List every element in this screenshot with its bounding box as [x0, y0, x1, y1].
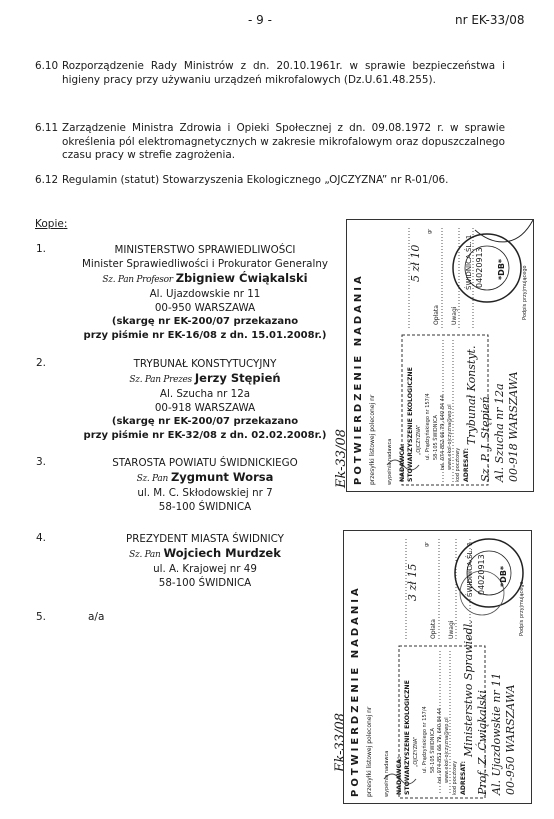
section-text: Regulamin (statut) Stowarzyszenia Ekolog… — [62, 174, 505, 188]
sender-name: STOWARZYSZENIE EKOLOGICZNE — [407, 367, 414, 482]
fee-value: 5 zł 10 — [409, 245, 422, 282]
recipient-street: Al. Szucha nr 12a — [70, 387, 340, 401]
recipient-salutation: Sz. Pan — [137, 474, 168, 484]
copy-recipient-5: a/a — [88, 611, 104, 623]
sender-name2: „OJCZYZNA” — [413, 737, 419, 767]
section-6-12: 6.12 Regulamin (statut) Stowarzyszenia E… — [35, 174, 505, 188]
copy-number: 2. — [36, 357, 46, 369]
postal-receipt-2: POTWIERDZENIE NADANIA przesyłki listowej… — [343, 530, 532, 804]
stamp-code: *DB* — [499, 566, 508, 587]
addressee-handwritten: 00-950 WARSZAWA — [504, 684, 517, 795]
section-number: 6.10 — [35, 60, 58, 74]
recipient-city: 00-950 WARSZAWA — [70, 301, 340, 315]
recipient-city: 58-100 ŚWIDNICA — [70, 576, 340, 590]
receipt-subtitle: przesyłki listowej poleconej nr — [369, 395, 376, 485]
sender-name: STOWARZYSZENIE EKOLOGICZNE — [404, 680, 411, 795]
receipt-filled-by: wypełnia nadawca — [384, 751, 390, 797]
sender-label: NADAWCA: — [396, 757, 403, 795]
receipt-title: POTWIERDZENIE NADANIA — [350, 585, 361, 797]
sender-web: www.ekol-ojczyzna@wp.pl — [447, 404, 453, 470]
fee-label: Opłata — [430, 619, 437, 639]
addressee-handwritten: 00-918 WARSZAWA — [507, 371, 520, 482]
section-text: Zarządzenie Ministra Zdrowia i Opieki Sp… — [62, 122, 505, 163]
section-6-10: 6.10 Rozporządzenie Rady Ministrów z dn.… — [35, 60, 505, 87]
sender-phone: tel. 074-852 66 79, 640 84 44 — [440, 395, 446, 470]
recipient-street: ul. A. Krajowej nr 49 — [70, 562, 340, 576]
stamp-city: ŚWIDNICA ŚL. 1 — [465, 235, 473, 290]
receipt-title: POTWIERDZENIE NADANIA — [353, 273, 364, 485]
postal-receipt-1: POTWIERDZENIE NADANIA przesyłki listowej… — [346, 219, 534, 492]
recipient-institution: STAROSTA POWIATU ŚWIDNICKIEGO — [70, 456, 340, 470]
sender-label: NADAWCA: — [399, 444, 406, 482]
remarks-label: Uwagi — [451, 307, 458, 325]
addressee-handwritten: Al. Szucha nr 12a — [493, 383, 506, 482]
recipient-note: przy piśmie nr EK-32/08 z dn. 02.02.2008… — [70, 429, 340, 443]
sender-city: 58-105 ŚWIDNICA — [433, 415, 439, 460]
fee-label: Opłata — [433, 305, 440, 325]
copy-number: 3. — [36, 456, 46, 468]
copy-number: 4. — [36, 532, 46, 544]
recipient-salutation: Sz. Pan Prezes — [129, 375, 191, 385]
recipient-street: Al. Ujazdowskie nr 11 — [70, 287, 340, 301]
recipient-institution: PREZYDENT MIASTA ŚWIDNICY — [70, 532, 340, 546]
signature-label: Podpis przyjmującego — [522, 265, 528, 320]
remarks-label: Uwagi — [448, 621, 455, 639]
copy-recipient-1: MINISTERSTWO SPRAWIEDLIWOŚCI Minister Sp… — [70, 243, 340, 343]
sender-name2: „OJCZYZNA” — [416, 425, 422, 455]
stamp-code: *DB* — [497, 259, 506, 280]
addressee-handwritten: Sz. P. J. Stępień — [479, 396, 492, 482]
recipient-subtitle: Minister Sprawiedliwości i Prokurator Ge… — [70, 257, 340, 271]
recipient-street: ul. M. C. Skłodowskiej nr 7 — [70, 486, 340, 500]
addressee-handwritten: Prof. Z. Ćwiąkalski — [476, 690, 489, 795]
recipient-name: Zygmunt Worsa — [171, 470, 273, 484]
receipt-filled-by: wypełnia nadawca — [387, 439, 393, 485]
sender-city: 58-105 ŚWIDNICA — [430, 728, 436, 773]
signature-label: Podpis przyjmującego — [519, 581, 525, 636]
document-reference: nr EK-33/08 — [455, 13, 524, 27]
recipient-city: 00-918 WARSZAWA — [70, 401, 340, 415]
recipient-salutation: Sz. Pan — [129, 550, 160, 560]
section-text: Rozporządzenie Rady Ministrów z dn. 20.1… — [62, 60, 505, 87]
postcode-label: kod pocztowy — [455, 448, 461, 482]
copy-recipient-4: PREZYDENT MIASTA ŚWIDNICY Sz. PanWojciec… — [70, 532, 340, 590]
addressee-handwritten: Ministerstwo Sprawiedl. — [462, 620, 475, 757]
stamp-date: 04020913 — [477, 554, 486, 595]
recipient-note: (skargę nr EK-200/07 przekazano — [70, 415, 340, 429]
sender-street: ul. Prądzyńskiego nr 157/4 — [425, 393, 431, 460]
recipient-note: przy piśmie nr EK-16/08 z dn. 15.01.2008… — [70, 329, 340, 343]
sender-phone: tel. 074-852 66 79, 640 84 44 — [437, 708, 443, 783]
sender-web: www.ekol-ojczyzna@wp.pl — [444, 717, 450, 783]
recipient-name: Wojciech Murdzek — [163, 546, 280, 560]
recipient-name: Zbigniew Ćwiąkalski — [176, 271, 308, 285]
addressee-label: ADRESAT: — [460, 761, 467, 795]
recipient-city: 58-100 ŚWIDNICA — [70, 500, 340, 514]
copy-number: 1. — [36, 243, 46, 255]
recipient-note: (skargę nr EK-200/07 przekazano — [70, 315, 340, 329]
section-number: 6.11 — [35, 122, 58, 136]
section-number: 6.12 — [35, 174, 58, 188]
recipient-salutation: Sz. Pan Profesor — [102, 275, 172, 285]
recipient-institution: MINISTERSTWO SPRAWIEDLIWOŚCI — [70, 243, 340, 257]
stamp-date: 04020913 — [475, 247, 484, 288]
section-6-11: 6.11 Zarządzenie Ministra Zdrowia i Opie… — [35, 122, 505, 163]
fee-value: 3 zł 15 — [406, 564, 419, 601]
copies-heading: Kopie: — [35, 218, 67, 230]
copies-heading-text: Kopie — [35, 218, 64, 230]
fee-unit: gr — [424, 542, 430, 547]
sender-street: ul. Prądzyńskiego nr 157/4 — [422, 706, 428, 773]
addressee-label: ADRESAT: — [463, 448, 470, 482]
postcode-label: kod pocztowy — [452, 761, 458, 795]
stamp-city: ŚWIDNICA ŚL. 1 — [466, 542, 474, 597]
page-number: - 9 - — [248, 13, 272, 27]
recipient-name: Jerzy Stępień — [195, 371, 281, 385]
copy-recipient-3: STAROSTA POWIATU ŚWIDNICKIEGO Sz. PanZyg… — [70, 456, 340, 514]
addressee-handwritten: Al. Ujazdowskie nr 11 — [490, 673, 503, 795]
addressee-handwritten: Trybunał Konstyt. — [465, 346, 478, 445]
fee-unit: gr — [427, 229, 433, 234]
receipt-subtitle: przesyłki listowej poleconej nr — [366, 707, 373, 797]
copies-heading-colon: : — [64, 218, 68, 230]
copy-number: 5. — [36, 611, 46, 623]
recipient-institution: TRYBUNAŁ KONSTYTUCYJNY — [70, 357, 340, 371]
copy-recipient-2: TRYBUNAŁ KONSTYTUCYJNY Sz. Pan PrezesJer… — [70, 357, 340, 443]
